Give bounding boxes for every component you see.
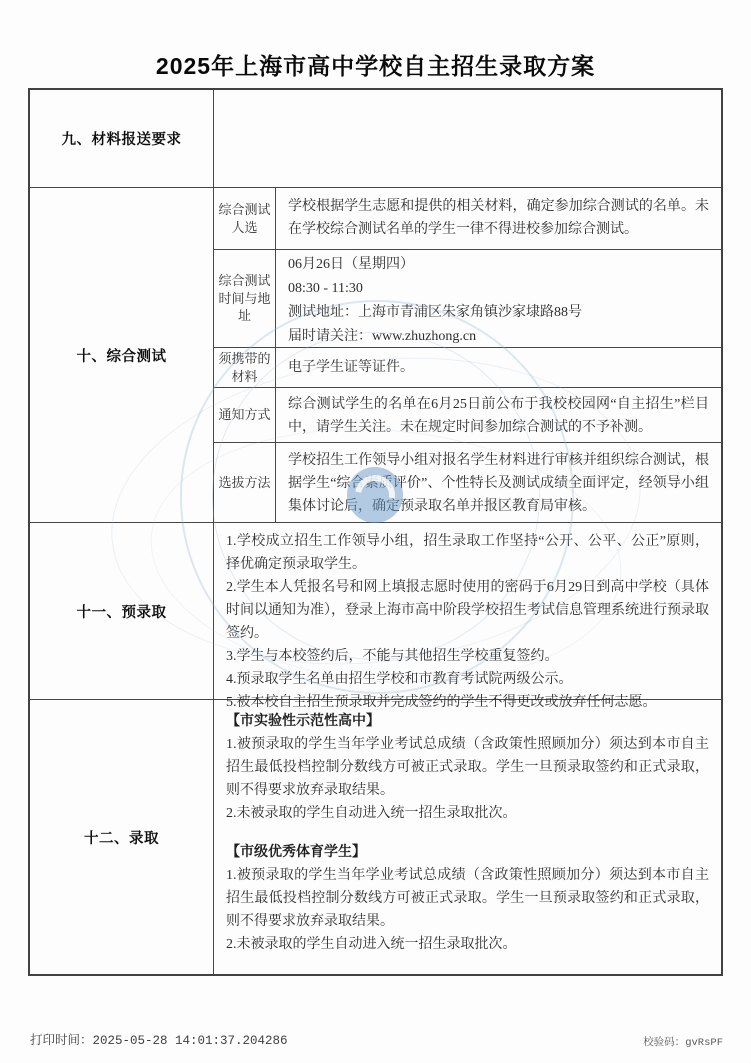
row-header-materials: 九、材料报送要求	[62, 128, 182, 149]
subrow-content-cell: 06月26日（星期四） 08:30 - 11:30 测试地址：上海市青浦区朱家角…	[276, 250, 721, 347]
test-website-text: 届时请关注：www.zhuzhong.cn	[288, 325, 709, 349]
row-header-pre-admission: 十一、预录取	[77, 601, 167, 622]
admission-content-cell: 【市实验性示范性高中】 1.被预录取的学生当年学业考试总成绩（含政策性照顾加分）…	[214, 700, 721, 974]
pre-admission-item: 1.学校成立招生工作领导小组，招生录取工作坚持“公开、公平、公正”原则，择优确定…	[226, 530, 709, 576]
subrow-content-cell: 学校招生工作领导小组对报名学生材料进行审核并组织综合测试，根据学生“综合素质评价…	[276, 443, 721, 522]
test-candidates-text: 学校根据学生志愿和提供的相关材料，确定参加综合测试的名单。未在学校综合测试名单的…	[288, 195, 709, 241]
table-row-comprehensive-test: 十、综合测试 综合测试人选 学校根据学生志愿和提供的相关材料，确定参加综合测试的…	[30, 187, 721, 522]
subrow-content-cell: 综合测试学生的名单在6月25日前公布于我校校园网“自主招生”栏目中，请学生关注。…	[276, 388, 721, 442]
subrow-label-cell: 综合测试人选	[214, 188, 276, 249]
admission-item: 2.未被录取的学生自动进入统一招生录取批次。	[226, 802, 709, 825]
test-address-text: 测试地址：上海市青浦区朱家角镇沙家埭路88号	[288, 301, 709, 325]
table-row-admission: 十二、录取 【市实验性示范性高中】 1.被预录取的学生当年学业考试总成绩（含政策…	[30, 699, 721, 974]
pre-admission-content-cell: 1.学校成立招生工作领导小组，招生录取工作坚持“公开、公平、公正”原则，择优确定…	[214, 523, 721, 699]
materials-content-cell-empty	[214, 90, 721, 187]
admission-item: 1.被预录取的学生当年学业考试总成绩（含政策性照顾加分）须达到本市自主招生最低投…	[226, 733, 709, 802]
pre-admission-item: 4.预录取学生名单由招生学校和市教育考试院两级公示。	[226, 668, 709, 691]
row-header-comprehensive-test: 十、综合测试	[77, 345, 167, 366]
row-header-cell: 十一、预录取	[30, 523, 214, 699]
subrow-label-cell: 通知方式	[214, 388, 276, 442]
print-time-value: 2025-05-28 14:01:37.204286	[93, 1034, 288, 1048]
checksum: 校验码：gvRsPF	[643, 1034, 723, 1049]
row-header-cell: 十二、录取	[30, 700, 214, 974]
table-row-materials: 九、材料报送要求	[30, 90, 721, 187]
subrow-required-materials: 须携带的材料 电子学生证等证件。	[214, 347, 721, 387]
row-header-admission: 十二、录取	[84, 827, 159, 848]
pre-admission-item: 2.学生本人凭报名号和网上填报志愿时使用的密码于6月29日到高中学校（具体时间以…	[226, 576, 709, 645]
test-date-text: 06月26日（星期四）	[288, 253, 709, 277]
print-time: 打印时间：2025-05-28 14:01:37.204286	[30, 1030, 288, 1048]
subrow-test-candidates: 综合测试人选 学校根据学生志愿和提供的相关材料，确定参加综合测试的名单。未在学校…	[214, 188, 721, 249]
subrow-test-time-address: 综合测试时间与地址 06月26日（星期四） 08:30 - 11:30 测试地址…	[214, 249, 721, 347]
admission-section-heading: 【市实验性示范性高中】	[226, 710, 709, 733]
subrow-content-cell: 电子学生证等证件。	[276, 348, 721, 387]
subrow-selection-method: 选拔方法 学校招生工作领导小组对报名学生材料进行审核并组织综合测试，根据学生“综…	[214, 442, 721, 522]
subrow-label-cell: 须携带的材料	[214, 348, 276, 387]
selection-method-text: 学校招生工作领导小组对报名学生材料进行审核并组织综合测试，根据学生“综合素质评价…	[288, 449, 709, 518]
comprehensive-test-subtable: 综合测试人选 学校根据学生志愿和提供的相关材料，确定参加综合测试的名单。未在学校…	[214, 188, 721, 522]
subrow-content-cell: 学校根据学生志愿和提供的相关材料，确定参加综合测试的名单。未在学校综合测试名单的…	[276, 188, 721, 249]
admission-item: 1.被预录取的学生当年学业考试总成绩（含政策性照顾加分）须达到本市自主招生最低投…	[226, 864, 709, 933]
subrow-notification-method: 通知方式 综合测试学生的名单在6月25日前公布于我校校园网“自主招生”栏目中，请…	[214, 387, 721, 442]
checksum-value: gvRsPF	[685, 1037, 723, 1049]
pre-admission-item: 3.学生与本校签约后，不能与其他招生学校重复签约。	[226, 645, 709, 668]
table-row-pre-admission: 十一、预录取 1.学校成立招生工作领导小组，招生录取工作坚持“公开、公平、公正”…	[30, 522, 721, 699]
page-title: 2025年上海市高中学校自主招生录取方案	[0, 48, 751, 81]
admission-item: 2.未被录取的学生自动进入统一招生录取批次。	[226, 933, 709, 956]
row-header-cell: 九、材料报送要求	[30, 90, 214, 187]
row-header-cell: 十、综合测试	[30, 188, 214, 522]
required-materials-text: 电子学生证等证件。	[288, 356, 709, 379]
subrow-label-cell: 选拔方法	[214, 443, 276, 522]
test-hours-text: 08:30 - 11:30	[288, 277, 709, 301]
document-page: 2025年上海市高中学校自主招生录取方案 九、材料报送要求 十、综合测试 综合测…	[0, 0, 751, 1063]
checksum-label: 校验码：	[643, 1037, 685, 1048]
print-time-label: 打印时间：	[30, 1033, 93, 1047]
admission-section-heading: 【市级优秀体育学生】	[226, 841, 709, 864]
notification-method-text: 综合测试学生的名单在6月25日前公布于我校校园网“自主招生”栏目中，请学生关注。…	[288, 393, 709, 439]
subrow-label-cell: 综合测试时间与地址	[214, 250, 276, 347]
admission-plan-table: 九、材料报送要求 十、综合测试 综合测试人选 学校根据学生志愿和提供的相关材料，…	[28, 88, 723, 976]
